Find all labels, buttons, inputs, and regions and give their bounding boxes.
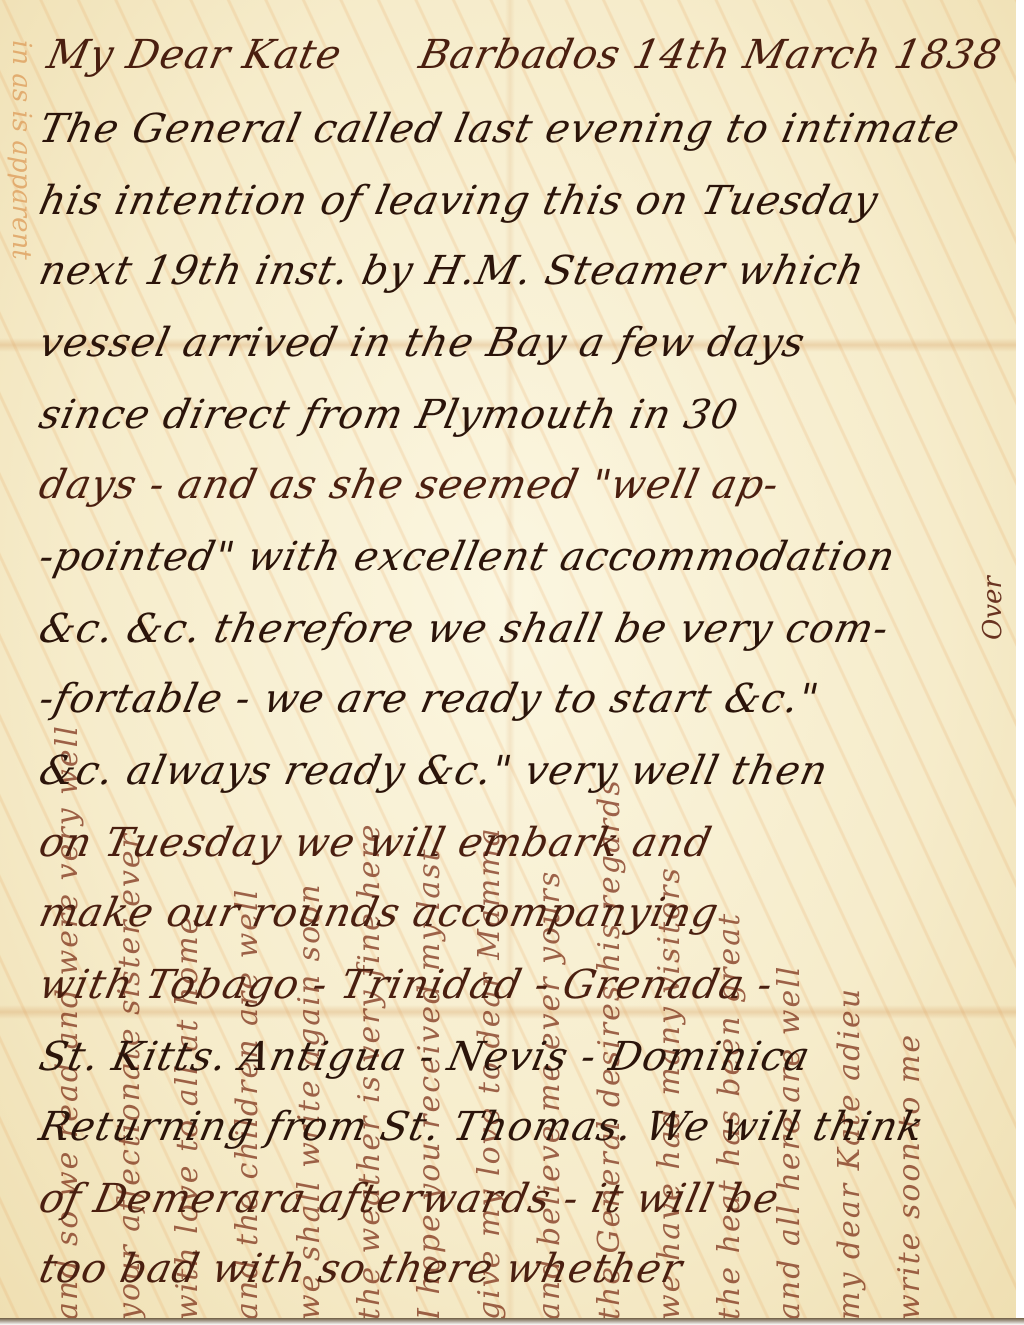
letter-sheet: and so we read and were very well your a… bbox=[0, 0, 1016, 1318]
letter-line: St. Kitts. Antigua - Nevis - Dominica bbox=[35, 1034, 995, 1080]
left-margin-note: in as is apparent bbox=[6, 40, 36, 660]
letter-line: make our rounds accompanying bbox=[35, 890, 995, 936]
letter-line: of Demerara afterwards - it will be bbox=[35, 1176, 995, 1222]
letter-line: on Tuesday we will embark and bbox=[35, 820, 995, 866]
letter-line: too bad with so there whether bbox=[35, 1246, 995, 1292]
letter-line: days - and as she seemed "well ap- bbox=[35, 462, 995, 508]
letter-line: his intention of leaving this on Tuesday bbox=[35, 178, 995, 224]
letter-line: The General called last evening to intim… bbox=[35, 106, 995, 152]
paper-edge-shadow bbox=[0, 1318, 1024, 1325]
salutation: My Dear Kate bbox=[43, 32, 383, 78]
letter-line: vessel arrived in the Bay a few days bbox=[35, 320, 995, 366]
place-date: Barbados 14th March 1838 bbox=[415, 32, 985, 78]
letter-line: since direct from Plymouth in 30 bbox=[35, 392, 995, 438]
letter-line: -pointed" with excellent accommodation bbox=[35, 534, 995, 580]
letter-line: &c. &c. therefore we shall be very com- bbox=[35, 606, 995, 652]
letter-line: -fortable - we are ready to start &c." bbox=[35, 676, 995, 722]
letter-line: &c. always ready &c." very well then bbox=[35, 748, 995, 794]
letter-line: with Tobago - Trinidad - Grenada - bbox=[35, 962, 995, 1008]
letter-line: next 19th inst. by H.M. Steamer which bbox=[35, 248, 995, 294]
letter-line: Returning from St. Thomas. We will think bbox=[35, 1104, 995, 1150]
